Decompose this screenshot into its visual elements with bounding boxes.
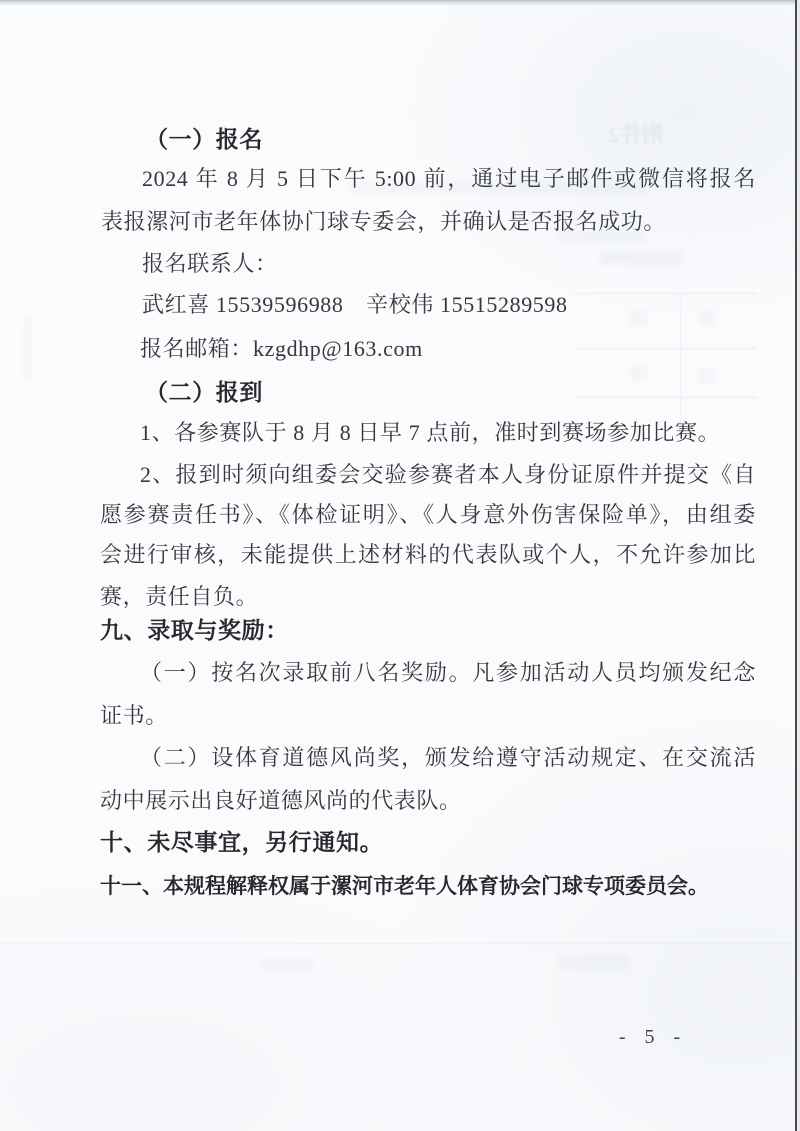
document-line: 武红喜 15539596988 辛校伟 15515289598 (142, 291, 568, 318)
bleedthrough-attachment-label: 附件2 (608, 118, 663, 149)
bleedthrough-table-line (0, 943, 793, 944)
section-heading: （一）报名 (145, 126, 263, 153)
document-line: 证书。 (100, 702, 168, 729)
section-heading: 十、未尽事宜，另行通知。 (100, 829, 383, 856)
scanned-page: 附件2 （一）报名2024 年 8 月 5 日下午 5:00 前，通过电子邮件或… (0, 0, 800, 1131)
bleedthrough-table-line (575, 293, 757, 294)
document-line: （一）按名次录取前八名奖励。凡参加活动人员均颁发纪念 (140, 659, 756, 686)
bleedthrough-artifact (630, 310, 648, 326)
bleedthrough-artifact (262, 958, 314, 972)
bleedthrough-artifact (23, 318, 32, 380)
document-line: （二）设体育道德风尚奖，颁发给遵守活动规定、在交流活 (140, 744, 756, 771)
document-line: 2024 年 8 月 5 日下午 5:00 前，通过电子邮件或微信将报名 (142, 165, 756, 192)
document-line: 1、各参赛队于 8 月 8 日早 7 点前，准时到赛场参加比赛。 (140, 419, 720, 446)
document-line: 2、报到时须向组委会交验参赛者本人身份证原件并提交《自 (140, 461, 756, 488)
document-line: 表报漯河市老年体协门球专委会，并确认是否报名成功。 (101, 208, 666, 235)
section-heading: 十一、本规程解释权属于漯河市老年人体育协会门球专项委员会。 (100, 873, 709, 900)
bleedthrough-table-line (575, 397, 757, 398)
bleedthrough-artifact (558, 954, 630, 970)
bleedthrough-table-line (575, 348, 757, 349)
bleedthrough-table-line (680, 293, 681, 433)
scan-top-edge (0, 0, 800, 6)
section-heading: （二）报到 (145, 379, 263, 406)
document-line: 愿参赛责任书》、《体检证明》、《人身意外伤害保险单》，由组委 (100, 501, 756, 528)
bleedthrough-artifact (698, 310, 716, 326)
page-number: - 5 - (598, 1026, 708, 1049)
scan-right-edge-line (795, 0, 797, 1131)
document-line: 报名邮箱：kzgdhp@163.com (140, 335, 423, 362)
bleedthrough-artifact (630, 365, 648, 381)
section-heading: 九、录取与奖励： (100, 617, 289, 644)
document-line: 赛，责任自负。 (100, 583, 258, 610)
document-line: 报名联系人： (142, 250, 278, 277)
bleedthrough-artifact (600, 251, 682, 265)
document-line: 动中展示出良好道德风尚的代表队。 (100, 787, 462, 814)
document-line: 会进行审核，未能提供上述材料的代表队或个人，不允许参加比 (100, 541, 756, 568)
bleedthrough-artifact (698, 368, 716, 384)
